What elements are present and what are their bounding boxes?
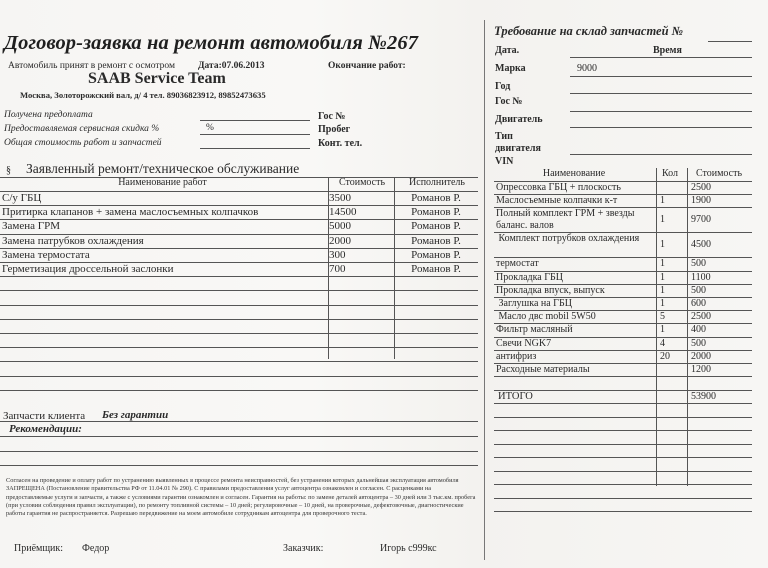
table-rule: [0, 376, 478, 377]
part-name: Полный комплект ГРМ + звезды баланс. вал…: [496, 208, 654, 231]
table-rule: [0, 276, 478, 277]
discount-field[interactable]: [200, 134, 310, 135]
table-rule: [0, 319, 478, 320]
req-vin-label: VIN: [495, 156, 513, 167]
req-plate-field[interactable]: [570, 111, 752, 112]
table-rule: [494, 484, 752, 485]
work-cost: 3500: [329, 192, 393, 205]
work-cost: 2000: [329, 235, 393, 248]
part-cost: 500: [691, 338, 751, 349]
part-name: Маслосъемные колпачки к-т: [496, 195, 654, 207]
requisition-number-field[interactable]: [708, 41, 752, 42]
end-of-work-label: Окончание работ:: [328, 61, 406, 71]
part-name: Прокладка впуск, выпуск: [496, 285, 654, 297]
work-cost: 700: [329, 263, 393, 276]
recommendations-field[interactable]: [0, 436, 478, 437]
part-name: антифриз: [496, 351, 654, 363]
mileage-label: Пробег: [318, 124, 350, 135]
table-rule: [0, 361, 478, 362]
work-executor: Романов Р.: [396, 220, 476, 233]
work-executor: Романов Р.: [396, 263, 476, 276]
table-rule: [494, 471, 752, 472]
part-cost: 2000: [691, 351, 751, 362]
table-rule: [0, 205, 478, 206]
company-name: SAAB Service Team: [88, 70, 226, 88]
table-rule: [494, 457, 752, 458]
discount-label: Предоставляемая сервисная скидка %: [4, 124, 159, 134]
prepayment-label: Получена предоплата: [4, 110, 93, 120]
section-marker: §: [6, 165, 11, 176]
work-name: Притирка клапанов + замена маслосъемных …: [2, 206, 324, 219]
req-engine-type-field[interactable]: [570, 154, 752, 155]
part-qty: 1: [660, 258, 686, 269]
part-qty: 4: [660, 338, 686, 349]
phone-label: Конт. тел.: [318, 138, 362, 149]
part-cost: 1100: [691, 272, 751, 283]
table-rule: [494, 403, 752, 404]
customer-label: Заказчик:: [283, 543, 323, 554]
part-qty: 20: [660, 351, 686, 362]
parts-header-cost: Стоимость: [687, 168, 751, 179]
table-rule: [494, 430, 752, 431]
part-cost: 1900: [691, 195, 751, 206]
table-rule: [494, 511, 752, 512]
part-name: Комплект потрубков охлаждения: [496, 233, 654, 245]
part-cost: 2500: [691, 182, 751, 193]
part-name: Расходные материалы: [496, 364, 654, 376]
part-cost: 1200: [691, 364, 751, 375]
work-name: Герметизация дроссельной заслонки: [2, 263, 324, 276]
rule: [687, 168, 688, 486]
table-rule: [0, 234, 478, 235]
prepayment-field[interactable]: [200, 120, 310, 121]
table-rule: [0, 390, 478, 391]
customer-name: Игорь с999кс: [380, 543, 437, 554]
table-rule: [0, 248, 478, 249]
table-rule: [0, 219, 478, 220]
part-cost: 400: [691, 324, 751, 335]
part-cost: 2500: [691, 311, 751, 322]
works-header-name: Наименование работ: [0, 177, 325, 188]
part-cost: 9700: [691, 214, 751, 225]
req-engine-label: Двигатель: [495, 114, 543, 125]
work-cost: 300: [329, 249, 393, 262]
work-name: Замена ГРМ: [2, 220, 324, 233]
parts-header-qty: Кол: [656, 168, 684, 179]
discount-value: %: [206, 123, 214, 133]
part-name: Прокладка ГБЦ: [496, 272, 654, 284]
part-qty: 1: [660, 272, 686, 283]
part-cost: 500: [691, 285, 751, 296]
company-address: Москва, Золоторожский вал, д/ 4 тел. 890…: [20, 90, 266, 100]
part-cost: 600: [691, 298, 751, 309]
plate-label: Гос №: [318, 111, 345, 122]
receiver-name: Федор: [82, 543, 109, 554]
section-title: Заявленный ремонт/техническое обслуживан…: [26, 161, 299, 177]
req-date-label: Дата.: [495, 45, 519, 56]
legal-terms: Согласен на проведение и оплату работ по…: [6, 477, 476, 518]
rule: [0, 465, 478, 466]
req-year-label: Год: [495, 81, 510, 92]
rule: [656, 168, 657, 486]
work-executor: Романов Р.: [396, 192, 476, 205]
table-rule: [494, 376, 752, 377]
part-qty: 5: [660, 311, 686, 322]
work-name: Замена термостата: [2, 249, 324, 262]
part-cost: 4500: [691, 239, 751, 250]
work-executor: Романов Р.: [396, 206, 476, 219]
part-qty: 1: [660, 214, 686, 225]
total-cost-field[interactable]: [200, 148, 310, 149]
contract-title: Договор-заявка на ремонт автомобиля №267: [4, 32, 418, 55]
total-value: 53900: [691, 391, 716, 402]
part-name: Фильтр масляный: [496, 324, 654, 336]
req-date-field[interactable]: [570, 57, 752, 58]
req-year-field[interactable]: [570, 93, 752, 94]
table-rule: [0, 191, 478, 192]
part-name: Свечи NGK7: [496, 338, 654, 350]
table-rule: [0, 262, 478, 263]
table-rule: [0, 347, 478, 348]
work-name: Замена патрубков охлаждения: [2, 235, 324, 248]
works-header-cost: Стоимость: [329, 177, 395, 188]
table-rule: [0, 305, 478, 306]
part-qty: 1: [660, 298, 686, 309]
part-name: Опрессовка ГБЦ + плоскость: [496, 182, 654, 194]
req-make-field[interactable]: [570, 76, 752, 77]
page-divider: [484, 20, 485, 560]
part-name: Масло двс mobil 5W50: [496, 311, 654, 323]
requisition-title: Требование на склад запчастей №: [494, 24, 683, 39]
part-name: Заглушка на ГБЦ: [496, 298, 654, 310]
part-cost: 500: [691, 258, 751, 269]
table-rule: [494, 498, 752, 499]
table-rule: [494, 417, 752, 418]
table-rule: [0, 290, 478, 291]
req-make-value: 9000: [577, 63, 597, 74]
table-rule: [0, 333, 478, 334]
req-time-label: Время: [653, 45, 682, 56]
work-cost: 5000: [329, 220, 393, 233]
total-label: ИТОГО: [498, 391, 533, 402]
req-engine-field[interactable]: [570, 127, 752, 128]
work-executor: Романов Р.: [396, 249, 476, 262]
receiver-label: Приёмщик:: [14, 543, 63, 554]
rule: [0, 421, 478, 422]
part-name: термостат: [496, 258, 654, 270]
part-qty: 1: [660, 324, 686, 335]
parts-header-name: Наименование: [494, 168, 654, 179]
req-plate-label: Гос №: [495, 96, 522, 107]
part-qty: 1: [660, 285, 686, 296]
work-name: С/у ГБЦ: [2, 192, 324, 205]
table-rule: [494, 444, 752, 445]
req-engine-type-label: Тип двигателя: [495, 131, 555, 155]
work-executor: Романов Р.: [396, 235, 476, 248]
works-header-executor: Исполнитель: [396, 177, 478, 188]
req-make-label: Марка: [495, 63, 526, 74]
recommendations-label: Рекомендации:: [9, 423, 82, 435]
work-cost: 14500: [329, 206, 393, 219]
part-qty: 1: [660, 239, 686, 250]
part-qty: 1: [660, 195, 686, 206]
rule: [0, 451, 478, 452]
total-cost-label: Общая стоимость работ и запчастей: [4, 138, 162, 148]
client-parts-value: Без гарантии: [102, 409, 168, 421]
